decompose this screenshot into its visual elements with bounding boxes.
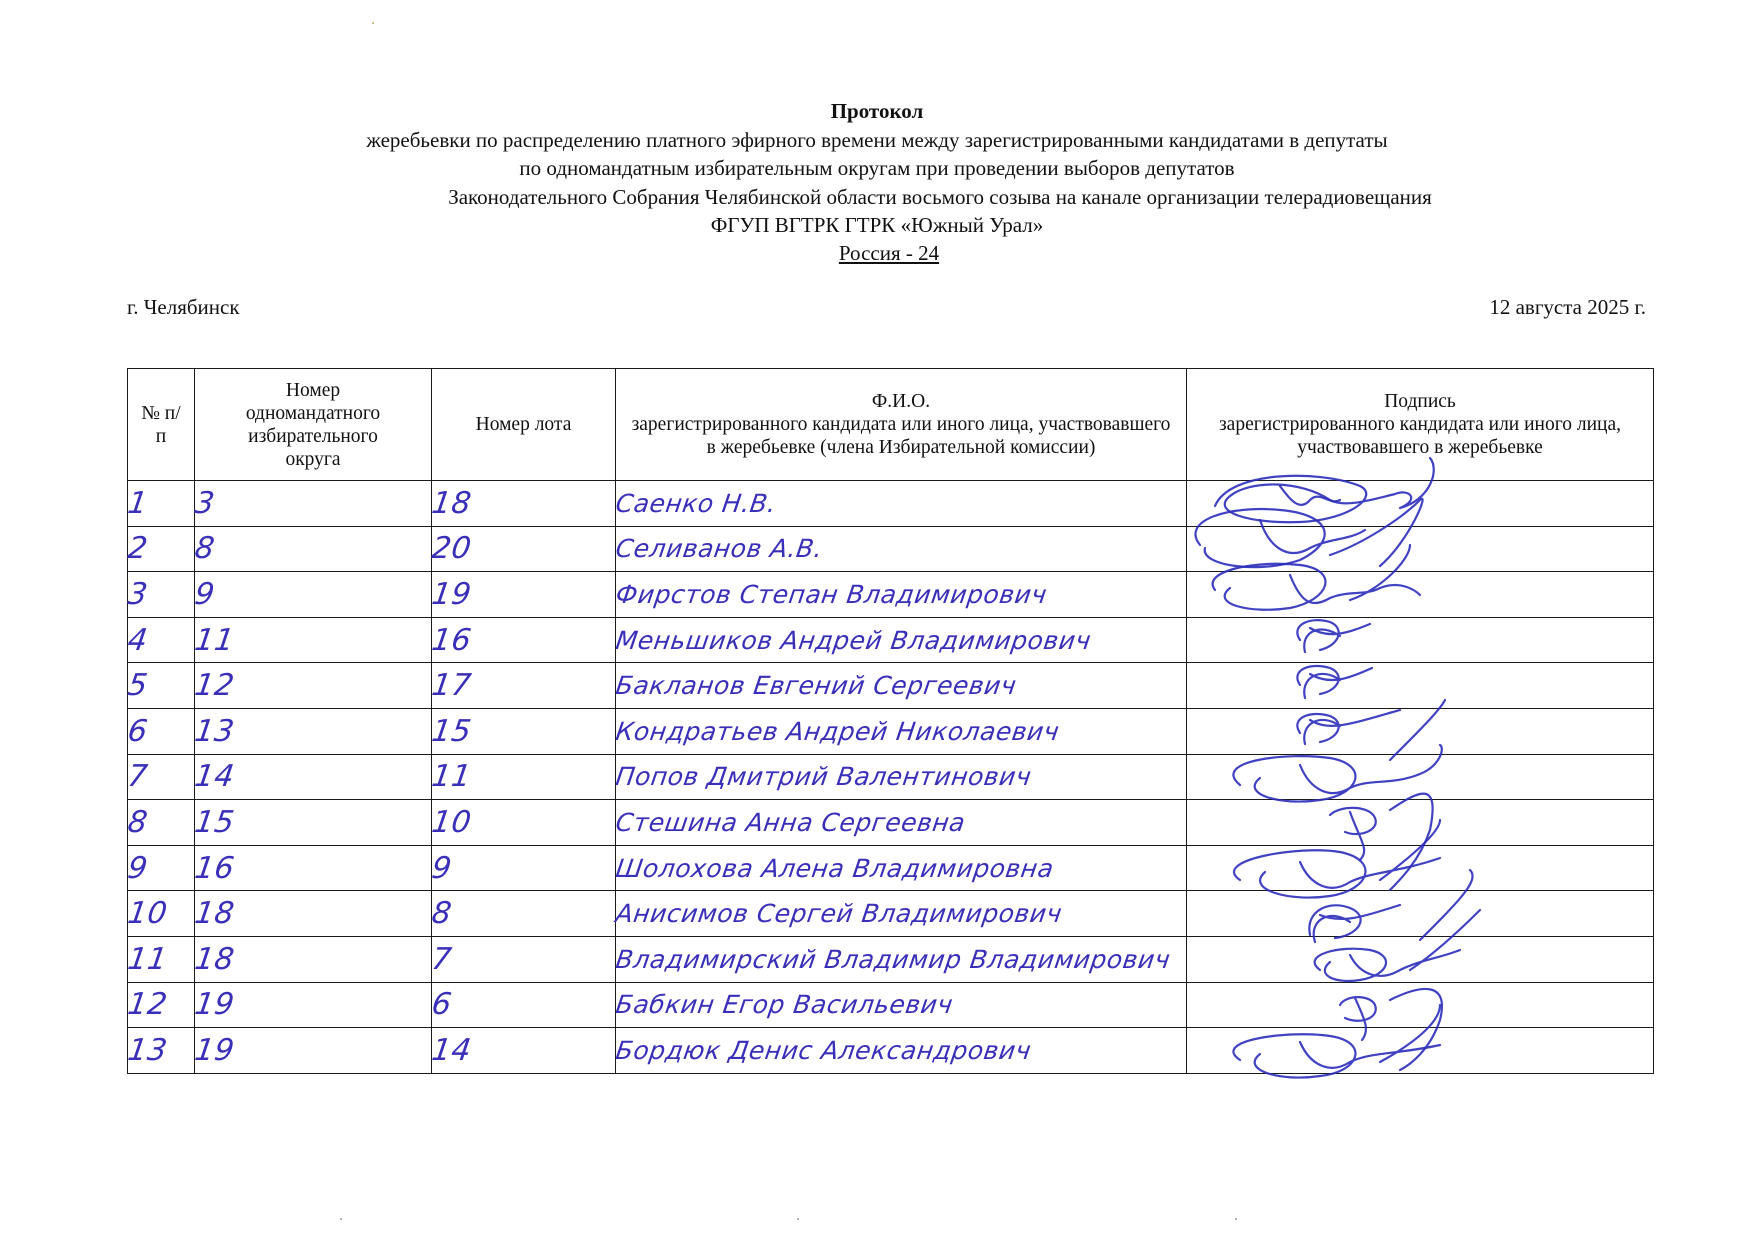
cell-num: 2: [128, 526, 195, 572]
district-number: 18: [193, 896, 237, 931]
district-number: 15: [193, 805, 237, 840]
cell-lot: 7: [432, 936, 616, 982]
row-num: 7: [126, 759, 151, 794]
cell-district: 11: [195, 617, 432, 663]
table-row: 2820Селиванов А.В.: [128, 526, 1654, 572]
row-num: 8: [126, 805, 151, 840]
cell-district: 8: [195, 526, 432, 572]
lot-number: 9: [430, 851, 455, 886]
header-district-label: Номер одномандатного избирательного окру…: [228, 379, 398, 471]
row-num: 3: [126, 577, 151, 612]
cell-lot: 15: [432, 708, 616, 754]
table-row: 9169Шолохова Алена Владимировна: [128, 845, 1654, 891]
candidate-name: Кондратьев Андрей Николаевич: [614, 717, 1061, 746]
cell-lot: 11: [432, 754, 616, 800]
candidate-name: Попов Дмитрий Валентинович: [614, 762, 1033, 791]
candidate-name: Фирстов Степан Владимирович: [614, 580, 1049, 609]
table-header-row: № п/п Номер одномандатного избирательног…: [128, 369, 1654, 481]
header-fio: Ф.И.О. зарегистрированного кандидата или…: [616, 369, 1187, 481]
subtitle-line-3: Законодательного Собрания Челябинской об…: [448, 184, 1432, 210]
cell-district: 19: [195, 1028, 432, 1074]
lottery-table: № п/п Номер одномандатного избирательног…: [127, 368, 1654, 1074]
district-number: 13: [193, 714, 237, 749]
district-number: 8: [193, 531, 218, 566]
header-lot: Номер лота: [432, 369, 616, 481]
cell-lot: 10: [432, 800, 616, 846]
subtitle-line-4: ФГУП ВГТРК ГТРК «Южный Урал»: [711, 212, 1044, 238]
header-signature-sub: зарегистрированного кандидата или иного …: [1187, 413, 1653, 459]
lot-number: 20: [430, 531, 474, 566]
table-row: 71411Попов Дмитрий Валентинович: [128, 754, 1654, 800]
candidate-name: Бакланов Евгений Сергеевич: [614, 671, 1018, 700]
row-num: 13: [126, 1033, 170, 1068]
cell-num: 12: [128, 982, 195, 1028]
channel-name: Россия - 24: [839, 240, 939, 266]
candidate-name: Бордюк Денис Александрович: [614, 1036, 1033, 1065]
lot-number: 10: [430, 805, 474, 840]
row-num: 4: [126, 623, 151, 658]
lot-number: 19: [430, 577, 474, 612]
cell-signature: [1187, 663, 1654, 709]
cell-lot: 18: [432, 481, 616, 527]
district-number: 19: [193, 1033, 237, 1068]
cell-signature: [1187, 936, 1654, 982]
table-row: 41116Меньшиков Андрей Владимирович: [128, 617, 1654, 663]
lot-number: 18: [430, 486, 474, 521]
cell-num: 1: [128, 481, 195, 527]
subtitle-line-1: жеребьевки по распределению платного эфи…: [366, 127, 1387, 153]
header-district: Номер одномандатного избирательного окру…: [195, 369, 432, 481]
cell-district: 16: [195, 845, 432, 891]
cell-district: 14: [195, 754, 432, 800]
cell-lot: 6: [432, 982, 616, 1028]
cell-name: Бордюк Денис Александрович: [616, 1028, 1187, 1074]
row-num: 12: [126, 987, 170, 1022]
header-num-label: № п/п: [141, 402, 181, 448]
table-row: 12196Бабкин Егор Васильевич: [128, 982, 1654, 1028]
table-row: 51217Бакланов Евгений Сергеевич: [128, 663, 1654, 709]
cell-num: 4: [128, 617, 195, 663]
cell-num: 3: [128, 572, 195, 618]
candidate-name: Шолохова Алена Владимировна: [614, 854, 1056, 883]
cell-name: Кондратьев Андрей Николаевич: [616, 708, 1187, 754]
cell-district: 18: [195, 936, 432, 982]
cell-district: 15: [195, 800, 432, 846]
header-lot-label: Номер лота: [476, 414, 572, 435]
scan-speck: [1235, 1218, 1237, 1220]
table-body: 1318Саенко Н.В.2820Селиванов А.В.3919Фир…: [128, 481, 1654, 1074]
candidate-name: Бабкин Егор Васильевич: [614, 990, 955, 1019]
cell-lot: 16: [432, 617, 616, 663]
date-label: 12 августа 2025 г.: [1489, 295, 1646, 320]
scan-speck: [797, 1218, 799, 1220]
header-num: № п/п: [128, 369, 195, 481]
row-num: 1: [126, 486, 151, 521]
cell-signature: [1187, 481, 1654, 527]
candidate-name: Селиванов А.В.: [614, 534, 825, 563]
candidate-name: Стешина Анна Сергеевна: [614, 808, 967, 837]
cell-num: 13: [128, 1028, 195, 1074]
cell-district: 9: [195, 572, 432, 618]
district-number: 19: [193, 987, 237, 1022]
cell-lot: 20: [432, 526, 616, 572]
district-number: 14: [193, 759, 237, 794]
lot-number: 7: [430, 942, 455, 977]
lot-number: 6: [430, 987, 455, 1022]
table-row: 61315Кондратьев Андрей Николаевич: [128, 708, 1654, 754]
district-number: 3: [193, 486, 218, 521]
cell-name: Фирстов Степан Владимирович: [616, 572, 1187, 618]
header-signature-title: Подпись: [1187, 390, 1653, 413]
lot-number: 11: [430, 759, 474, 794]
cell-district: 3: [195, 481, 432, 527]
table-row: 3919Фирстов Степан Владимирович: [128, 572, 1654, 618]
header-signature: Подпись зарегистрированного кандидата ил…: [1187, 369, 1654, 481]
district-number: 18: [193, 942, 237, 977]
cell-signature: [1187, 845, 1654, 891]
district-number: 12: [193, 668, 237, 703]
cell-num: 6: [128, 708, 195, 754]
scan-speck: [372, 22, 374, 24]
cell-name: Анисимов Сергей Владимирович: [616, 891, 1187, 937]
lot-number: 16: [430, 623, 474, 658]
subtitle-line-2: по одномандатным избирательным округам п…: [519, 155, 1234, 181]
cell-signature: [1187, 526, 1654, 572]
lot-number: 14: [430, 1033, 474, 1068]
lot-number: 17: [430, 668, 474, 703]
cell-district: 18: [195, 891, 432, 937]
cell-signature: [1187, 891, 1654, 937]
row-num: 5: [126, 668, 151, 703]
cell-signature: [1187, 617, 1654, 663]
cell-name: Шолохова Алена Владимировна: [616, 845, 1187, 891]
candidate-name: Анисимов Сергей Владимирович: [614, 899, 1064, 928]
row-num: 2: [126, 531, 151, 566]
candidate-name: Саенко Н.В.: [614, 489, 778, 518]
candidate-name: Меньшиков Андрей Владимирович: [614, 626, 1093, 655]
cell-name: Бабкин Егор Васильевич: [616, 982, 1187, 1028]
cell-num: 10: [128, 891, 195, 937]
cell-num: 7: [128, 754, 195, 800]
cell-district: 12: [195, 663, 432, 709]
lot-number: 8: [430, 896, 455, 931]
cell-name: Бакланов Евгений Сергеевич: [616, 663, 1187, 709]
district-number: 16: [193, 851, 237, 886]
table-row: 81510Стешина Анна Сергеевна: [128, 800, 1654, 846]
cell-name: Владимирский Владимир Владимирович: [616, 936, 1187, 982]
cell-lot: 17: [432, 663, 616, 709]
cell-num: 8: [128, 800, 195, 846]
document-title: Протокол: [831, 98, 924, 124]
cell-lot: 14: [432, 1028, 616, 1074]
cell-district: 19: [195, 982, 432, 1028]
row-num: 11: [126, 942, 170, 977]
cell-district: 13: [195, 708, 432, 754]
cell-signature: [1187, 1028, 1654, 1074]
header-fio-title: Ф.И.О.: [616, 390, 1186, 413]
table-row: 11187Владимирский Владимир Владимирович: [128, 936, 1654, 982]
table-row: 1318Саенко Н.В.: [128, 481, 1654, 527]
district-number: 9: [193, 577, 218, 612]
cell-signature: [1187, 800, 1654, 846]
lot-number: 15: [430, 714, 474, 749]
cell-num: 11: [128, 936, 195, 982]
cell-name: Стешина Анна Сергеевна: [616, 800, 1187, 846]
table-row: 10188Анисимов Сергей Владимирович: [128, 891, 1654, 937]
row-num: 9: [126, 851, 151, 886]
cell-name: Селиванов А.В.: [616, 526, 1187, 572]
scan-speck: [340, 1218, 342, 1220]
row-num: 6: [126, 714, 151, 749]
cell-signature: [1187, 754, 1654, 800]
cell-signature: [1187, 982, 1654, 1028]
candidate-name: Владимирский Владимир Владимирович: [614, 945, 1172, 974]
header-fio-sub: зарегистрированного кандидата или иного …: [616, 413, 1186, 459]
city-label: г. Челябинск: [127, 295, 240, 320]
cell-lot: 9: [432, 845, 616, 891]
cell-name: Меньшиков Андрей Владимирович: [616, 617, 1187, 663]
cell-signature: [1187, 572, 1654, 618]
cell-lot: 19: [432, 572, 616, 618]
row-num: 10: [126, 896, 170, 931]
cell-name: Саенко Н.В.: [616, 481, 1187, 527]
cell-signature: [1187, 708, 1654, 754]
protocol-page: Протокол жеребьевки по распределению пла…: [0, 0, 1754, 1240]
cell-lot: 8: [432, 891, 616, 937]
cell-num: 9: [128, 845, 195, 891]
cell-num: 5: [128, 663, 195, 709]
district-number: 11: [193, 623, 237, 658]
table-row: 131914Бордюк Денис Александрович: [128, 1028, 1654, 1074]
cell-name: Попов Дмитрий Валентинович: [616, 754, 1187, 800]
